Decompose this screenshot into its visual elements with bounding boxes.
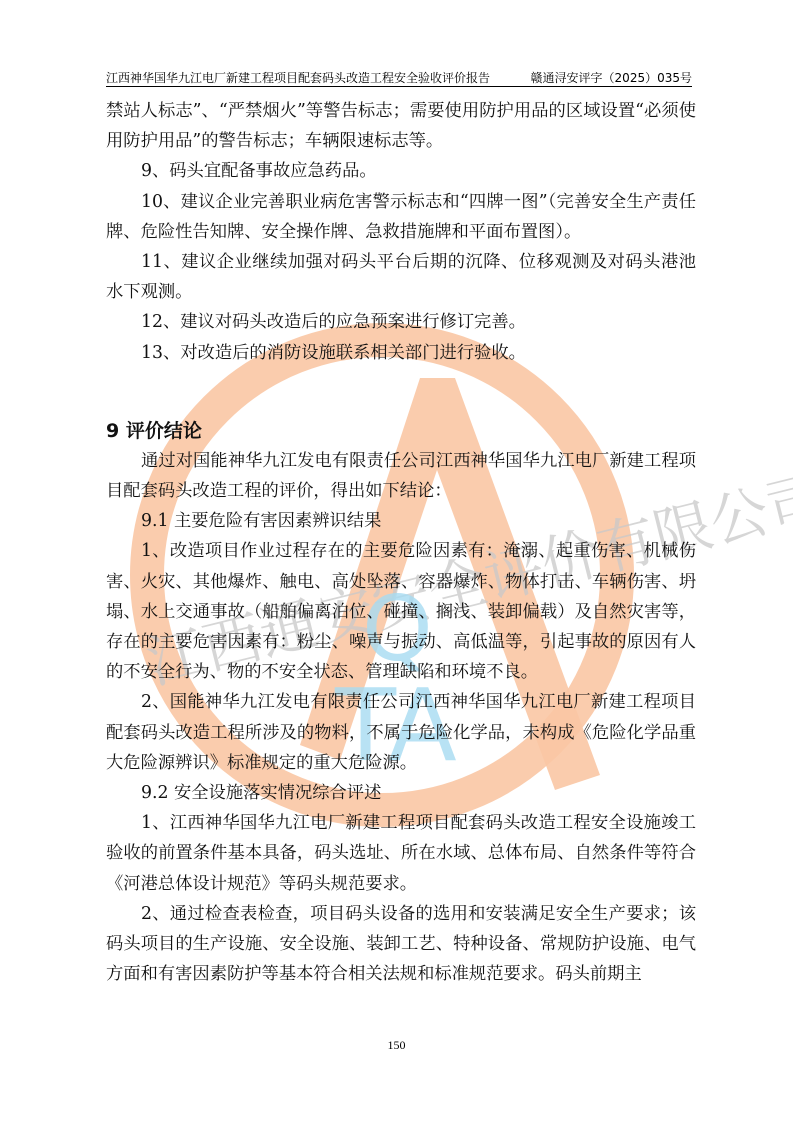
subsection-heading-9-1: 9.1 主要危险有害因素辨识结果 [106,506,696,536]
conclusion-intro: 通过对国能神华九江发电有限责任公司江西神华国华九江电厂新建工程项目配套码头改造工… [106,446,696,506]
recommendation-item-11: 11、建议企业继续加强对码头平台后期的沉降、位移观测及对码头港池水下观测。 [106,247,696,307]
subsection-heading-9-2: 9.2 安全设施落实情况综合评述 [106,778,696,808]
section-heading: 9 评价结论 [106,416,696,446]
running-header: 江西神华国华九江电厂新建工程项目配套码头改造工程安全验收评价报告 赣通浔安评字（… [106,68,692,87]
recommendation-item-12: 12、建议对码头改造后的应急预案进行修订完善。 [106,307,696,337]
page-content: 禁站人标志”、“严禁烟火”等警告标志；需要使用防护用品的区域设置“必须使用防护用… [106,96,696,989]
recommendation-item-9: 9、码头宜配备事故应急药品。 [106,156,696,186]
header-report-title: 江西神华国华九江电厂新建工程项目配套码头改造工程安全验收评价报告 [106,70,490,86]
hazard-paragraph-2: 2、国能神华九江发电有限责任公司江西神华国华九江电厂新建工程项目配套码头改造工程… [106,687,696,778]
recommendation-item-13: 13、对改造后的消防设施联系相关部门进行验收。 [106,338,696,368]
safety-paragraph-1: 1、江西神华国华九江电厂新建工程项目配套码头改造工程安全设施竣工验收的前置条件基… [106,808,696,899]
safety-paragraph-2: 2、通过检查表检查，项目码头设备的选用和安装满足安全生产要求；该码头项目的生产设… [106,899,696,990]
hazard-paragraph-1: 1、改造项目作业过程存在的主要危险因素有：淹溺、起重伤害、机械伤害、火灾、其他爆… [106,536,696,687]
recommendation-item-10: 10、建议企业完善职业病危害警示标志和“四牌一图”（完善安全生产责任牌、危险性告… [106,187,696,247]
paragraph-continued: 禁站人标志”、“严禁烟火”等警告标志；需要使用防护用品的区域设置“必须使用防护用… [106,96,696,156]
section-spacer [106,368,696,416]
document-page: 江西通安安全评价有限公司 Q TA 江西神华国华九江电厂新建工程项目配套码头改造… [0,0,793,1122]
header-report-number: 赣通浔安评字（2025）035号 [531,70,692,86]
page-number: 150 [0,1038,793,1053]
